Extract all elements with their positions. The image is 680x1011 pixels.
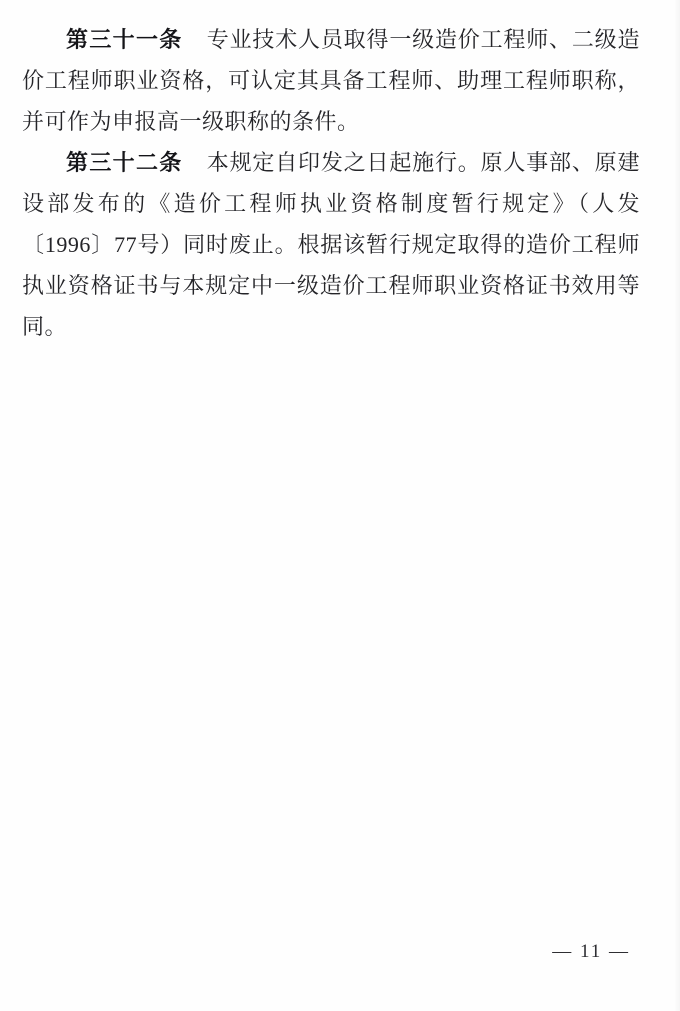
article-31-number: 第三十一条 [66, 27, 183, 52]
paragraph-article-32: 第三十二条本规定自印发之日起施行。原人事部、原建设部发布的《造价工程师执业资格制… [22, 142, 640, 347]
document-page: 第三十一条专业技术人员取得一级造价工程师、二级造价工程师职业资格，可认定其具备工… [0, 0, 680, 1011]
article-32-text: 本规定自印发之日起施行。原人事部、原建设部发布的《造价工程师执业资格制度暂行规定… [22, 150, 640, 339]
paragraph-article-31: 第三十一条专业技术人员取得一级造价工程师、二级造价工程师职业资格，可认定其具备工… [22, 19, 640, 142]
page-number: — 11 — [552, 939, 630, 965]
document-body: 第三十一条专业技术人员取得一级造价工程师、二级造价工程师职业资格，可认定其具备工… [22, 19, 640, 347]
article-32-number: 第三十二条 [66, 150, 183, 175]
